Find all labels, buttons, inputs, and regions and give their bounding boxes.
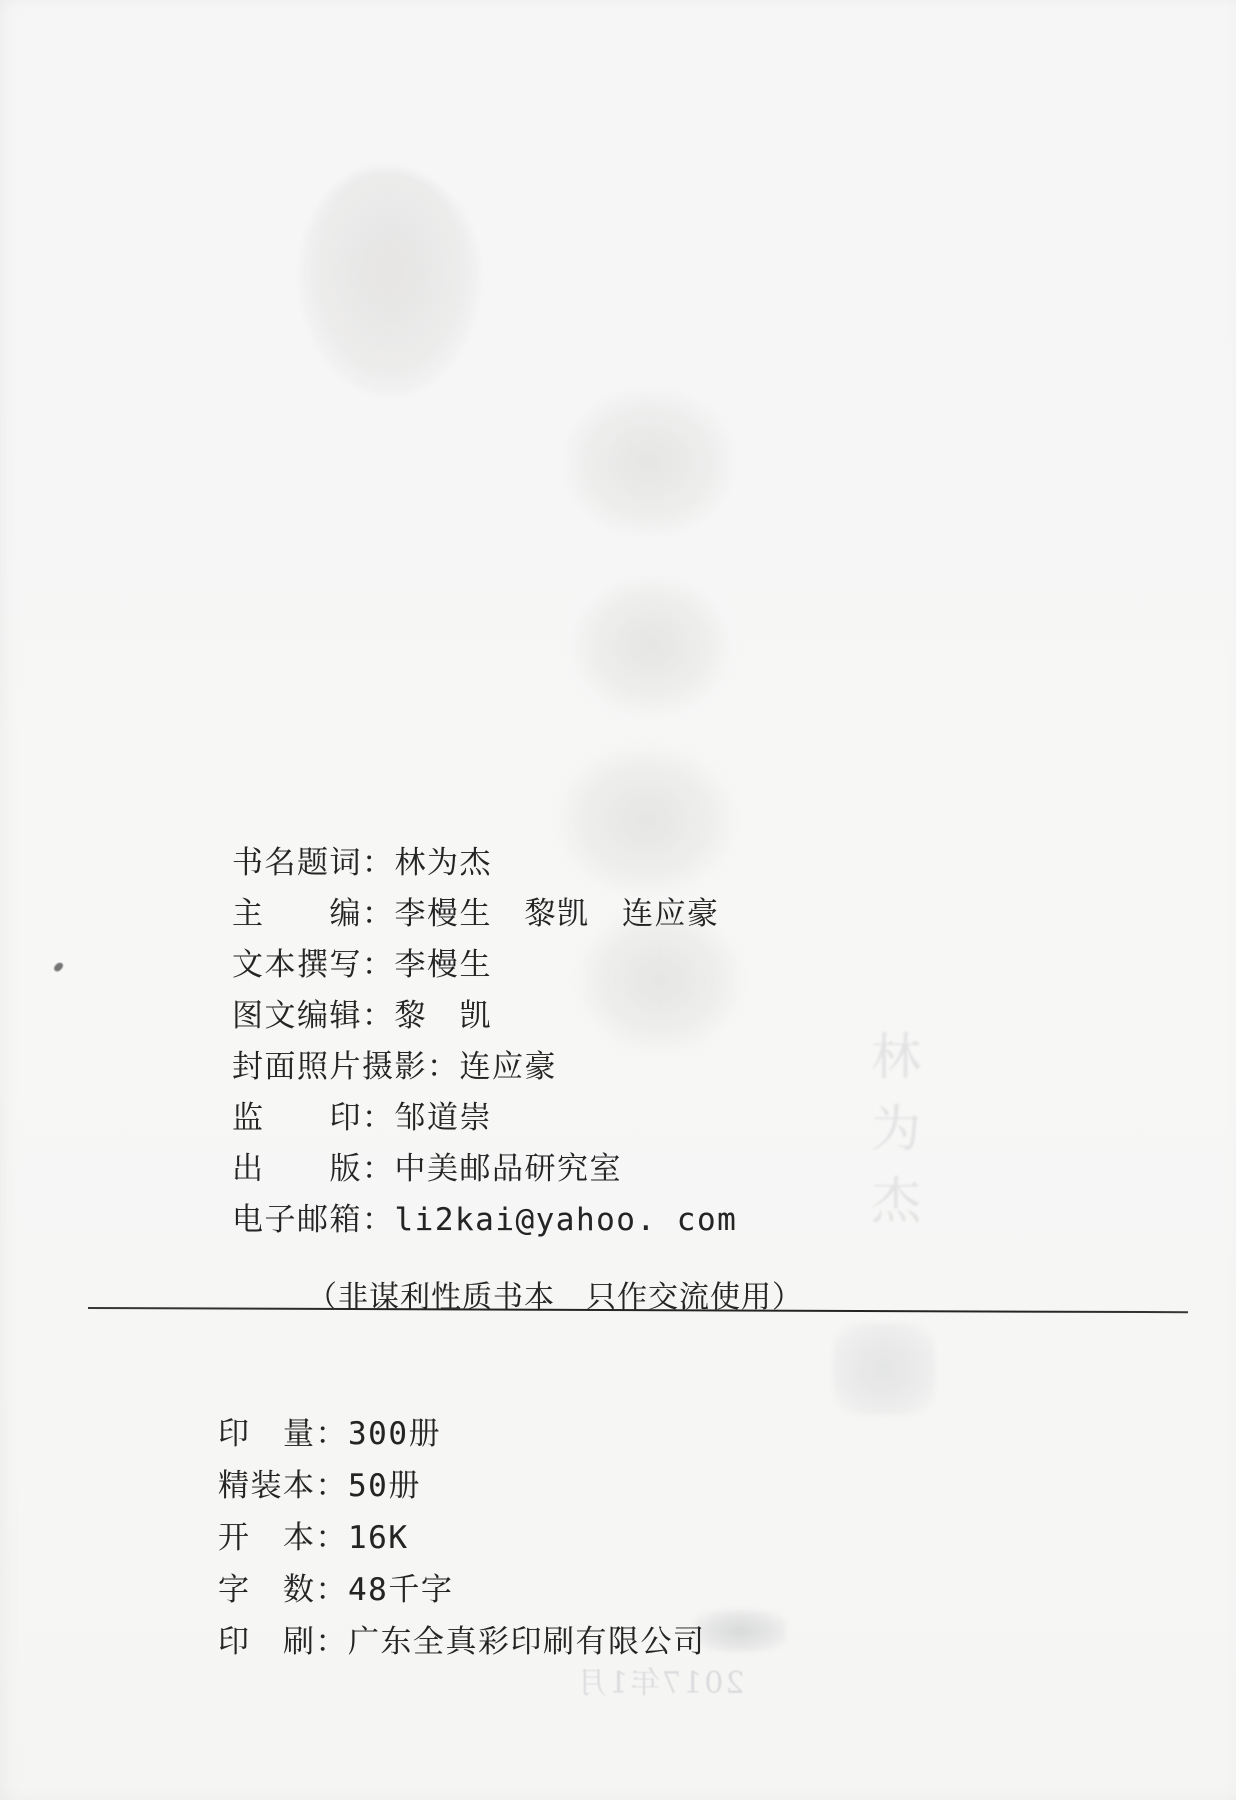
- calligraphy-showthrough-1: [565, 390, 733, 535]
- print-line-hardcover: 精装本：50册: [218, 1460, 706, 1512]
- credit-label: 监 印：: [232, 1100, 395, 1136]
- print-value: 广东全真彩印刷有限公司: [348, 1624, 706, 1660]
- credit-value: 中美邮品研究室: [395, 1151, 623, 1187]
- print-line-word-count: 字 数：48千字: [218, 1564, 706, 1616]
- print-label: 开 本：: [218, 1520, 348, 1556]
- ink-speck: [53, 961, 65, 973]
- credit-label: 封面照片摄影：: [232, 1049, 460, 1085]
- print-value: 48千字: [348, 1572, 453, 1608]
- credit-value: 黎 凯: [395, 998, 493, 1034]
- credit-label: 书名题词：: [232, 845, 395, 881]
- seal-showthrough-icon: [300, 168, 480, 396]
- credit-label: 图文编辑：: [232, 998, 395, 1034]
- credit-line-graphics-editor: 图文编辑：黎 凯: [232, 991, 737, 1042]
- stamp-showthrough: [694, 1610, 786, 1652]
- print-line-printer: 印 刷：广东全真彩印刷有限公司: [218, 1616, 706, 1668]
- credit-line-publisher: 出 版：中美邮品研究室: [232, 1144, 737, 1195]
- print-label: 印 量：: [218, 1416, 348, 1452]
- print-line-format: 开 本：16K: [218, 1512, 706, 1564]
- print-label: 字 数：: [218, 1572, 348, 1608]
- credits-block: 书名题词：林为杰 主 编：李槾生 黎凯 连应豪 文本撰写：李槾生 图文编辑：黎 …: [232, 838, 737, 1246]
- credit-label: 主 编：: [232, 896, 395, 932]
- credit-line-text-writer: 文本撰写：李槾生: [232, 940, 737, 991]
- square-seal-showthrough: [833, 1323, 935, 1415]
- print-value: 16K: [348, 1520, 409, 1556]
- credit-value: 邹道崇: [395, 1100, 493, 1136]
- credit-value: 林为杰: [395, 845, 493, 881]
- credit-value: 李槾生: [395, 947, 493, 983]
- credit-value-email: li2kai@yahoo. com: [395, 1202, 738, 1238]
- credit-line-print-supervisor: 监 印：邹道崇: [232, 1093, 737, 1144]
- credit-line-email: 电子邮箱：li2kai@yahoo. com: [232, 1195, 737, 1246]
- credit-line-title-inscription: 书名题词：林为杰: [232, 838, 737, 889]
- scanned-colophon-page: 林为杰 2017年1月 书名题词：林为杰 主 编：李槾生 黎凯 连应豪 文本撰写…: [0, 0, 1236, 1800]
- credit-value: 连应豪: [460, 1049, 558, 1085]
- vertical-name-showthrough: 林为杰: [856, 1030, 928, 1260]
- credit-label: 出 版：: [232, 1151, 395, 1187]
- calligraphy-showthrough-2: [575, 578, 727, 713]
- print-label: 印 刷：: [218, 1624, 348, 1660]
- print-value: 50册: [348, 1468, 421, 1504]
- credit-line-cover-photo: 封面照片摄影：连应豪: [232, 1042, 737, 1093]
- credit-line-chief-editor: 主 编：李槾生 黎凯 连应豪: [232, 889, 737, 940]
- print-value: 300册: [348, 1416, 441, 1452]
- credit-label: 文本撰写：: [232, 947, 395, 983]
- print-line-print-run: 印 量：300册: [218, 1408, 706, 1460]
- credit-value: 李槾生 黎凯 连应豪: [395, 896, 720, 932]
- credit-label: 电子邮箱：: [232, 1202, 395, 1238]
- print-label: 精装本：: [218, 1468, 348, 1504]
- print-info-block: 印 量：300册 精装本：50册 开 本：16K 字 数：48千字 印 刷：广东…: [218, 1408, 706, 1668]
